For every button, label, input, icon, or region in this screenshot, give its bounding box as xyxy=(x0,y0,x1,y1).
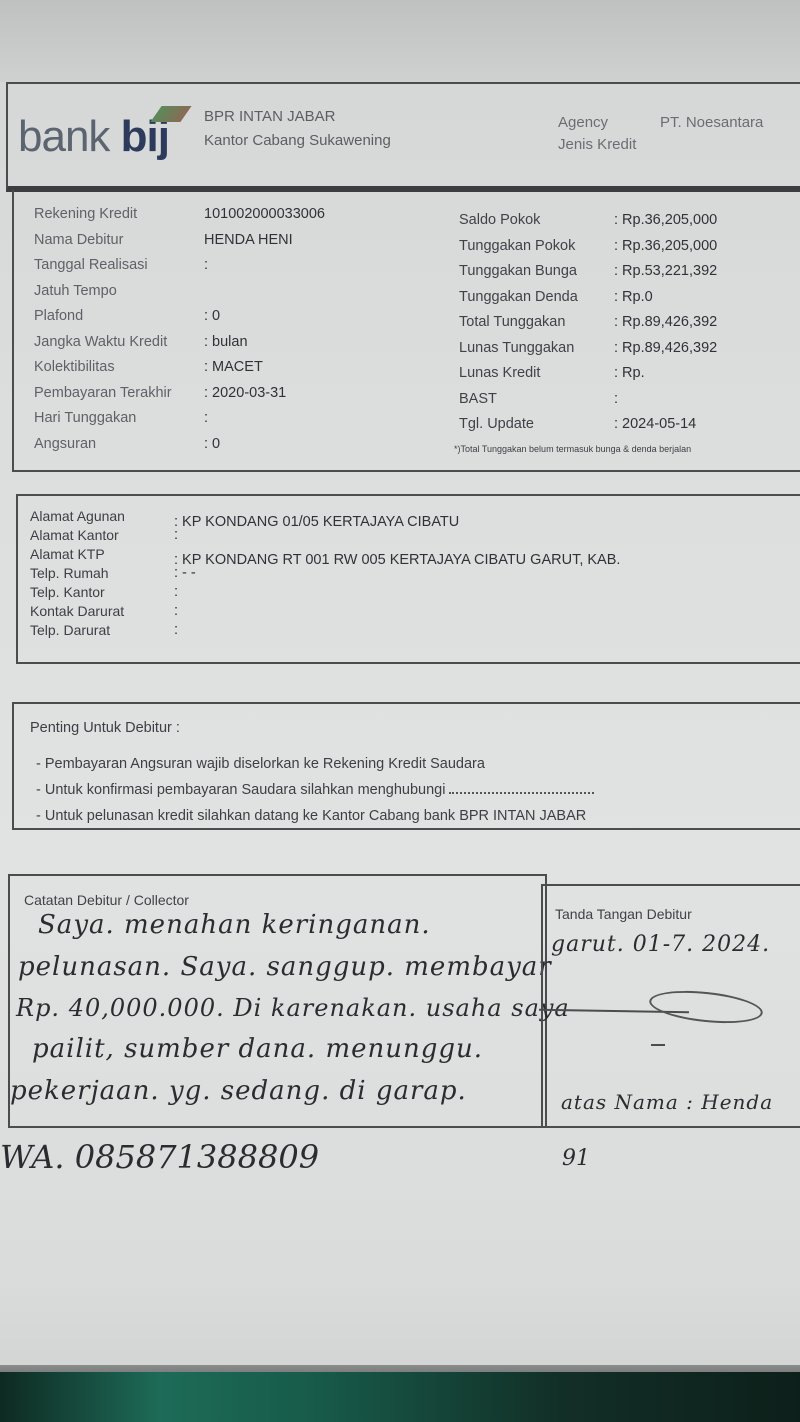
loan-field-label: Rekening Kredit xyxy=(34,206,137,222)
loan-field-label: Angsuran xyxy=(34,436,96,452)
agency-label: Agency xyxy=(558,114,608,131)
agency-value: PT. Noesantara xyxy=(660,114,763,131)
balance-field-label: Lunas Tunggakan xyxy=(459,340,574,356)
loan-field-value: HENDA HENI xyxy=(204,232,293,248)
balance-field-label: Lunas Kredit xyxy=(459,365,540,381)
loan-field-value: : 0 xyxy=(204,436,220,452)
handwritten-note-line: pailit, sumber dana. menunggu. xyxy=(32,1034,483,1064)
address-field-label: Alamat KTP xyxy=(30,546,105,562)
address-field-value: : xyxy=(174,527,178,543)
balance-field-label: Total Tunggakan xyxy=(459,314,565,330)
paper-background xyxy=(0,0,800,82)
loan-field-label: Kolektibilitas xyxy=(34,359,115,375)
loan-field-label: Jatuh Tempo xyxy=(34,283,117,299)
balance-field-value: : Rp. xyxy=(614,365,645,381)
loan-field-value: : 2020-03-31 xyxy=(204,385,286,401)
address-field-label: Alamat Kantor xyxy=(30,527,119,543)
handwritten-note-line: pelunasan. Saya. sanggup. membayar xyxy=(18,952,552,982)
address-field-value: : xyxy=(174,622,178,638)
loan-info-section: Rekening Kredit 101002000033006Nama Debi… xyxy=(12,190,800,472)
address-field-label: Alamat Agunan xyxy=(30,508,125,524)
balance-field-value: : Rp.0 xyxy=(614,289,653,305)
address-field-value: : KP KONDANG RT 001 RW 005 KERTAJAYA CIB… xyxy=(174,552,620,568)
loan-field-label: Nama Debitur xyxy=(34,232,123,248)
loan-field-value: : bulan xyxy=(204,334,248,350)
signer-name: atas Nama : Henda xyxy=(561,1090,773,1114)
debtor-collector-notes: Catatan Debitur / Collector Saya. menaha… xyxy=(8,874,547,1128)
balance-field-value: : 2024-05-14 xyxy=(614,416,696,432)
handwritten-note-line: Saya. menahan keringanan. xyxy=(38,910,431,940)
branch-name: Kantor Cabang Sukawening xyxy=(204,132,391,149)
notice-title: Penting Untuk Debitur : xyxy=(30,720,180,736)
address-field-label: Kontak Darurat xyxy=(30,603,124,619)
address-field-value: : KP KONDANG 01/05 KERTAJAYA CIBATU xyxy=(174,514,459,530)
signature-title: Tanda Tangan Debitur xyxy=(555,906,692,922)
loan-field-label: Jangka Waktu Kredit xyxy=(34,334,167,350)
bank-name: BPR INTAN JABAR xyxy=(204,108,335,125)
balance-field-label: Tgl. Update xyxy=(459,416,534,432)
debtor-notice-section: Penting Untuk Debitur : - Pembayaran Ang… xyxy=(12,702,800,830)
signature-loop xyxy=(648,986,765,1028)
address-field-value: : xyxy=(174,584,178,600)
address-field-label: Telp. Darurat xyxy=(30,622,110,638)
notice-item-text: - Untuk konfirmasi pembayaran Saudara si… xyxy=(36,782,445,798)
loan-field-value: : xyxy=(204,257,208,273)
signature-date: garut. 01-7. 2024. xyxy=(551,932,770,957)
balance-field-label: BAST xyxy=(459,391,497,407)
balance-field-label: Tunggakan Bunga xyxy=(459,263,577,279)
handwritten-note-line: pekerjaan. yg. sedang. di garap. xyxy=(10,1076,467,1106)
table-surface xyxy=(0,1372,800,1422)
address-field-label: Telp. Kantor xyxy=(30,584,105,600)
address-field-value: : - - xyxy=(174,565,196,581)
whatsapp-number: WA. 085871388809 xyxy=(0,1138,319,1176)
logo-text: bank xyxy=(18,112,109,161)
loan-field-label: Pembayaran Terakhir xyxy=(34,385,172,401)
notice-item: - Untuk pelunasan kredit silahkan datang… xyxy=(36,808,586,824)
loan-field-label: Plafond xyxy=(34,308,83,324)
balance-field-label: Saldo Pokok xyxy=(459,212,540,228)
address-section: Alamat Agunan : KP KONDANG 01/05 KERTAJA… xyxy=(16,494,800,664)
balance-field-label: Tunggakan Pokok xyxy=(459,238,575,254)
jenis-kredit-label: Jenis Kredit xyxy=(558,136,636,153)
loan-field-label: Tanggal Realisasi xyxy=(34,257,148,273)
arrears-footnote: *)Total Tunggakan belum termasuk bunga &… xyxy=(454,444,691,454)
balance-field-value: : Rp.53,221,392 xyxy=(614,263,717,279)
address-field-label: Telp. Rumah xyxy=(30,565,109,581)
balance-field-value: : Rp.89,426,392 xyxy=(614,314,717,330)
balance-field-value: : Rp.36,205,000 xyxy=(614,238,717,254)
page-mark: 91 xyxy=(562,1146,590,1171)
notes-title: Catatan Debitur / Collector xyxy=(24,892,189,908)
handwritten-note-line: Rp. 40,000.000. Di karenakan. usaha saya xyxy=(16,994,570,1022)
loan-field-label: Hari Tunggakan xyxy=(34,410,136,426)
blank-contact-line xyxy=(449,792,594,794)
notice-item: - Untuk konfirmasi pembayaran Saudara si… xyxy=(36,782,594,798)
debtor-signature-box: Tanda Tangan Debitur garut. 01-7. 2024. … xyxy=(541,884,800,1128)
balance-field-value: : xyxy=(614,391,618,407)
loan-field-value: : xyxy=(204,410,208,426)
balance-field-label: Tunggakan Denda xyxy=(459,289,578,305)
document-header: bank bij BPR INTAN JABAR Kantor Cabang S… xyxy=(6,82,800,192)
loan-field-value: : 0 xyxy=(204,308,220,324)
bank-logo: bank bij xyxy=(18,112,169,162)
signature-dash xyxy=(651,1044,665,1046)
balance-field-value: : Rp.36,205,000 xyxy=(614,212,717,228)
balance-field-value: : Rp.89,426,392 xyxy=(614,340,717,356)
logo-leaf-icon xyxy=(150,106,191,122)
loan-field-value: : MACET xyxy=(204,359,263,375)
address-field-value: : xyxy=(174,603,178,619)
notice-item: - Pembayaran Angsuran wajib diselorkan k… xyxy=(36,756,485,772)
loan-field-value: 101002000033006 xyxy=(204,206,325,222)
